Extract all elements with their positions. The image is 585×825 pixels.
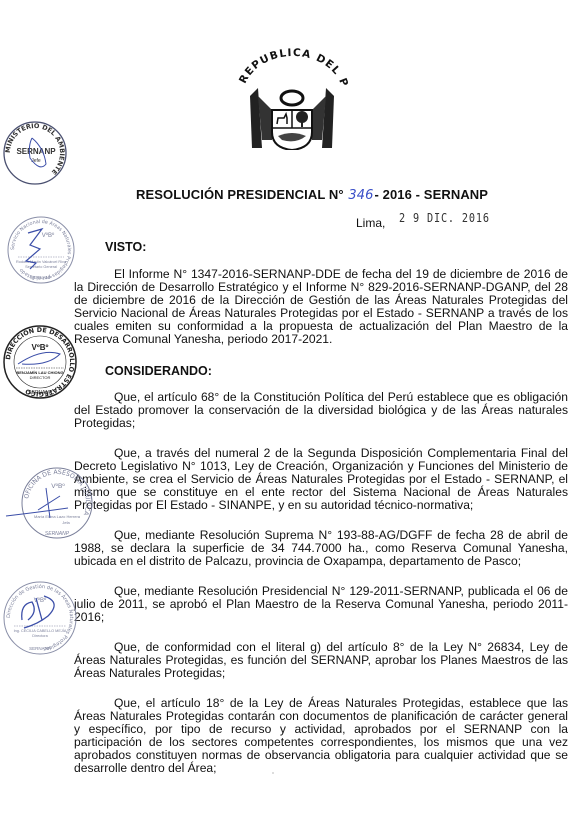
handwritten-resolution-number: 346 xyxy=(348,188,373,203)
resolution-title: RESOLUCIÓN PRESIDENCIAL N° 346- 2016 - S… xyxy=(136,187,488,203)
svg-text:Secretario General: Secretario General xyxy=(25,265,57,269)
svg-text:Jefa: Jefa xyxy=(62,520,70,525)
svg-text:MINISTERIO DEL AMBIENTE: MINISTERIO DEL AMBIENTE xyxy=(4,122,66,176)
svg-text:SERNANP: SERNANP xyxy=(30,275,52,280)
considerando-paragraph: Que, el artículo 18° de la Ley de Áreas … xyxy=(74,697,568,775)
title-prefix: RESOLUCIÓN PRESIDENCIAL N° xyxy=(136,187,344,202)
svg-text:Jefe: Jefe xyxy=(31,158,41,164)
considerando-paragraph: Que, de conformidad con el literal g) de… xyxy=(74,641,568,680)
svg-text:REPUBLICA DEL PERU: REPUBLICA DEL PERU xyxy=(232,40,351,89)
considerando-heading: CONSIDERANDO: xyxy=(105,364,212,378)
svg-text:SERNANP: SERNANP xyxy=(28,390,53,396)
crest-caption: REPUBLICA DEL PERU xyxy=(232,40,351,89)
place-label: Lima, xyxy=(356,216,385,230)
stamp-gestion-anp: Dirección de Gestión de las Áreas Natura… xyxy=(2,580,78,661)
svg-text:BENJAMÍN LAU CHIONG: BENJAMÍN LAU CHIONG xyxy=(16,370,63,375)
visto-paragraph: El Informe N° 1347-2016-SERNANP-DDE de f… xyxy=(74,268,568,346)
considerando-paragraph: Que, mediante Resolución Suprema N° 193-… xyxy=(74,529,568,568)
place-date: Lima, 2 9 DIC. 2016 xyxy=(356,216,506,230)
svg-text:Servicio Nacional de Áreas Nat: Servicio Nacional de Áreas Naturales Pro… xyxy=(10,219,72,281)
svg-text:DIRECTOR: DIRECTOR xyxy=(30,375,51,380)
visto-heading: VISTO: xyxy=(105,240,146,254)
considerando-paragraph: Que, a través del numeral 2 de la Segund… xyxy=(74,447,568,512)
document-page: REPUBLICA DEL PERU RESOLUCIÓN PRESIDENCI… xyxy=(0,0,585,825)
svg-text:SERNANP: SERNANP xyxy=(45,531,70,537)
coat-of-arms-icon: REPUBLICA DEL PERU xyxy=(232,40,352,150)
scan-speck xyxy=(272,772,274,774)
considerando-paragraph: Que, el artículo 68° de la Constitución … xyxy=(74,391,568,430)
svg-text:Directora: Directora xyxy=(32,634,48,638)
svg-text:Dirección de Gestión de las Ár: Dirección de Gestión de las Áreas Natura… xyxy=(6,583,74,652)
svg-text:VºBº: VºBº xyxy=(42,232,55,239)
title-suffix: - 2016 - SERNANP xyxy=(374,187,488,202)
svg-text:SERNANP: SERNANP xyxy=(29,646,51,651)
svg-text:María Elena Lazo Herrera: María Elena Lazo Herrera xyxy=(34,514,81,519)
svg-text:VºBº: VºBº xyxy=(32,343,49,352)
date-stamp: 2 9 DIC. 2016 xyxy=(399,211,490,225)
svg-text:VºBº: VºBº xyxy=(51,483,65,490)
svg-text:Ing. CECILIA CABELLO MEJÍA: Ing. CECILIA CABELLO MEJÍA xyxy=(14,629,67,633)
svg-text:Rodolfo Martín Valcárcel Riva: Rodolfo Martín Valcárcel Riva xyxy=(16,260,67,264)
svg-text:VºBº: VºBº xyxy=(34,597,47,604)
stamp-ministerio-ambiente: MINISTERIO DEL AMBIENTE SERNANP Jefe xyxy=(2,120,68,191)
coat-of-arms: REPUBLICA DEL PERU xyxy=(232,40,352,150)
svg-text:DIRECCIÓN DE DESARROLLO ESTRAT: DIRECCIÓN DE DESARROLLO ESTRATÉGICO xyxy=(4,326,76,399)
svg-text:SERNANP: SERNANP xyxy=(16,147,56,156)
stamp-desarrollo-estrategico: DIRECCIÓN DE DESARROLLO ESTRATÉGICO VºBº… xyxy=(2,324,78,405)
stamp-secretario-general: Servicio Nacional de Áreas Naturales Pro… xyxy=(6,215,76,290)
considerando-paragraph: Que, mediante Resolución Presidencial N°… xyxy=(74,585,568,624)
